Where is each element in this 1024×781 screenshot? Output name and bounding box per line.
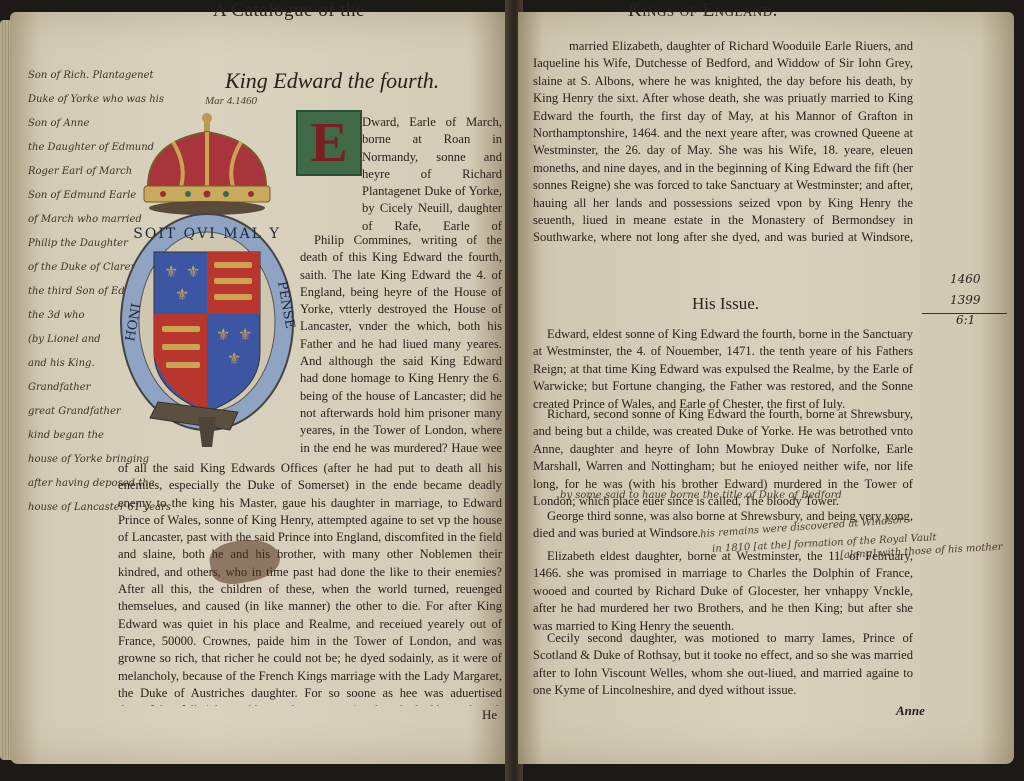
- crown-icon: [144, 113, 270, 215]
- svg-text:⚜: ⚜: [175, 285, 189, 304]
- svg-text:⚜: ⚜: [238, 325, 252, 344]
- handwritten-annotation: by some said to haue borne the title of …: [560, 490, 842, 501]
- svg-text:SOIT QVI MAL Y: SOIT QVI MAL Y: [133, 226, 280, 242]
- royal-coat-of-arms-icon: ⚜⚜⚜ ⚜⚜⚜ SOIT QVI MAL Y HONI PENSE: [118, 112, 296, 447]
- issue-edward: Edward, eldest sonne of King Edward the …: [533, 326, 913, 414]
- margin-calc-line: 6:1: [956, 313, 975, 327]
- handwriting-line: Son of Rich. Plantagenet: [28, 64, 178, 88]
- left-catchword: He: [482, 707, 497, 723]
- right-running-head: Kings of England.: [628, 0, 778, 22]
- margin-calc-line: 1399: [950, 293, 981, 307]
- commines-paragraph: Philip Commines, writing of the death of…: [300, 232, 502, 458]
- left-running-head: A Catalogue of the: [213, 0, 365, 22]
- issue-elizabeth: Elizabeth eldest daughter, borne at West…: [533, 548, 913, 636]
- intro-paragraph: Dward, Earle of March, borne at Roan in …: [362, 114, 502, 234]
- chapter-title: King Edward the fourth.: [225, 68, 439, 94]
- continuation-paragraph: married Elizabeth, daughter of Richard W…: [533, 38, 913, 250]
- svg-text:⚜: ⚜: [216, 325, 230, 344]
- decorated-initial: E: [296, 110, 362, 176]
- svg-text:⚜: ⚜: [186, 262, 200, 281]
- issue-cecily: Cecily second daughter, was motioned to …: [533, 630, 913, 700]
- section-heading: His Issue.: [692, 294, 759, 314]
- margin-calc-line: 1460: [950, 272, 981, 286]
- right-catchword: Anne: [896, 703, 925, 719]
- open-book: A Catalogue of the King Edward the fourt…: [0, 0, 1024, 781]
- svg-text:⚜: ⚜: [227, 349, 241, 368]
- main-paragraph: of all the said King Edwards Offices (af…: [118, 460, 502, 706]
- svg-text:⚜: ⚜: [164, 262, 178, 281]
- handwriting-line: Duke of Yorke who was his: [28, 88, 178, 112]
- margin-date: Mar 4.1460: [205, 95, 257, 107]
